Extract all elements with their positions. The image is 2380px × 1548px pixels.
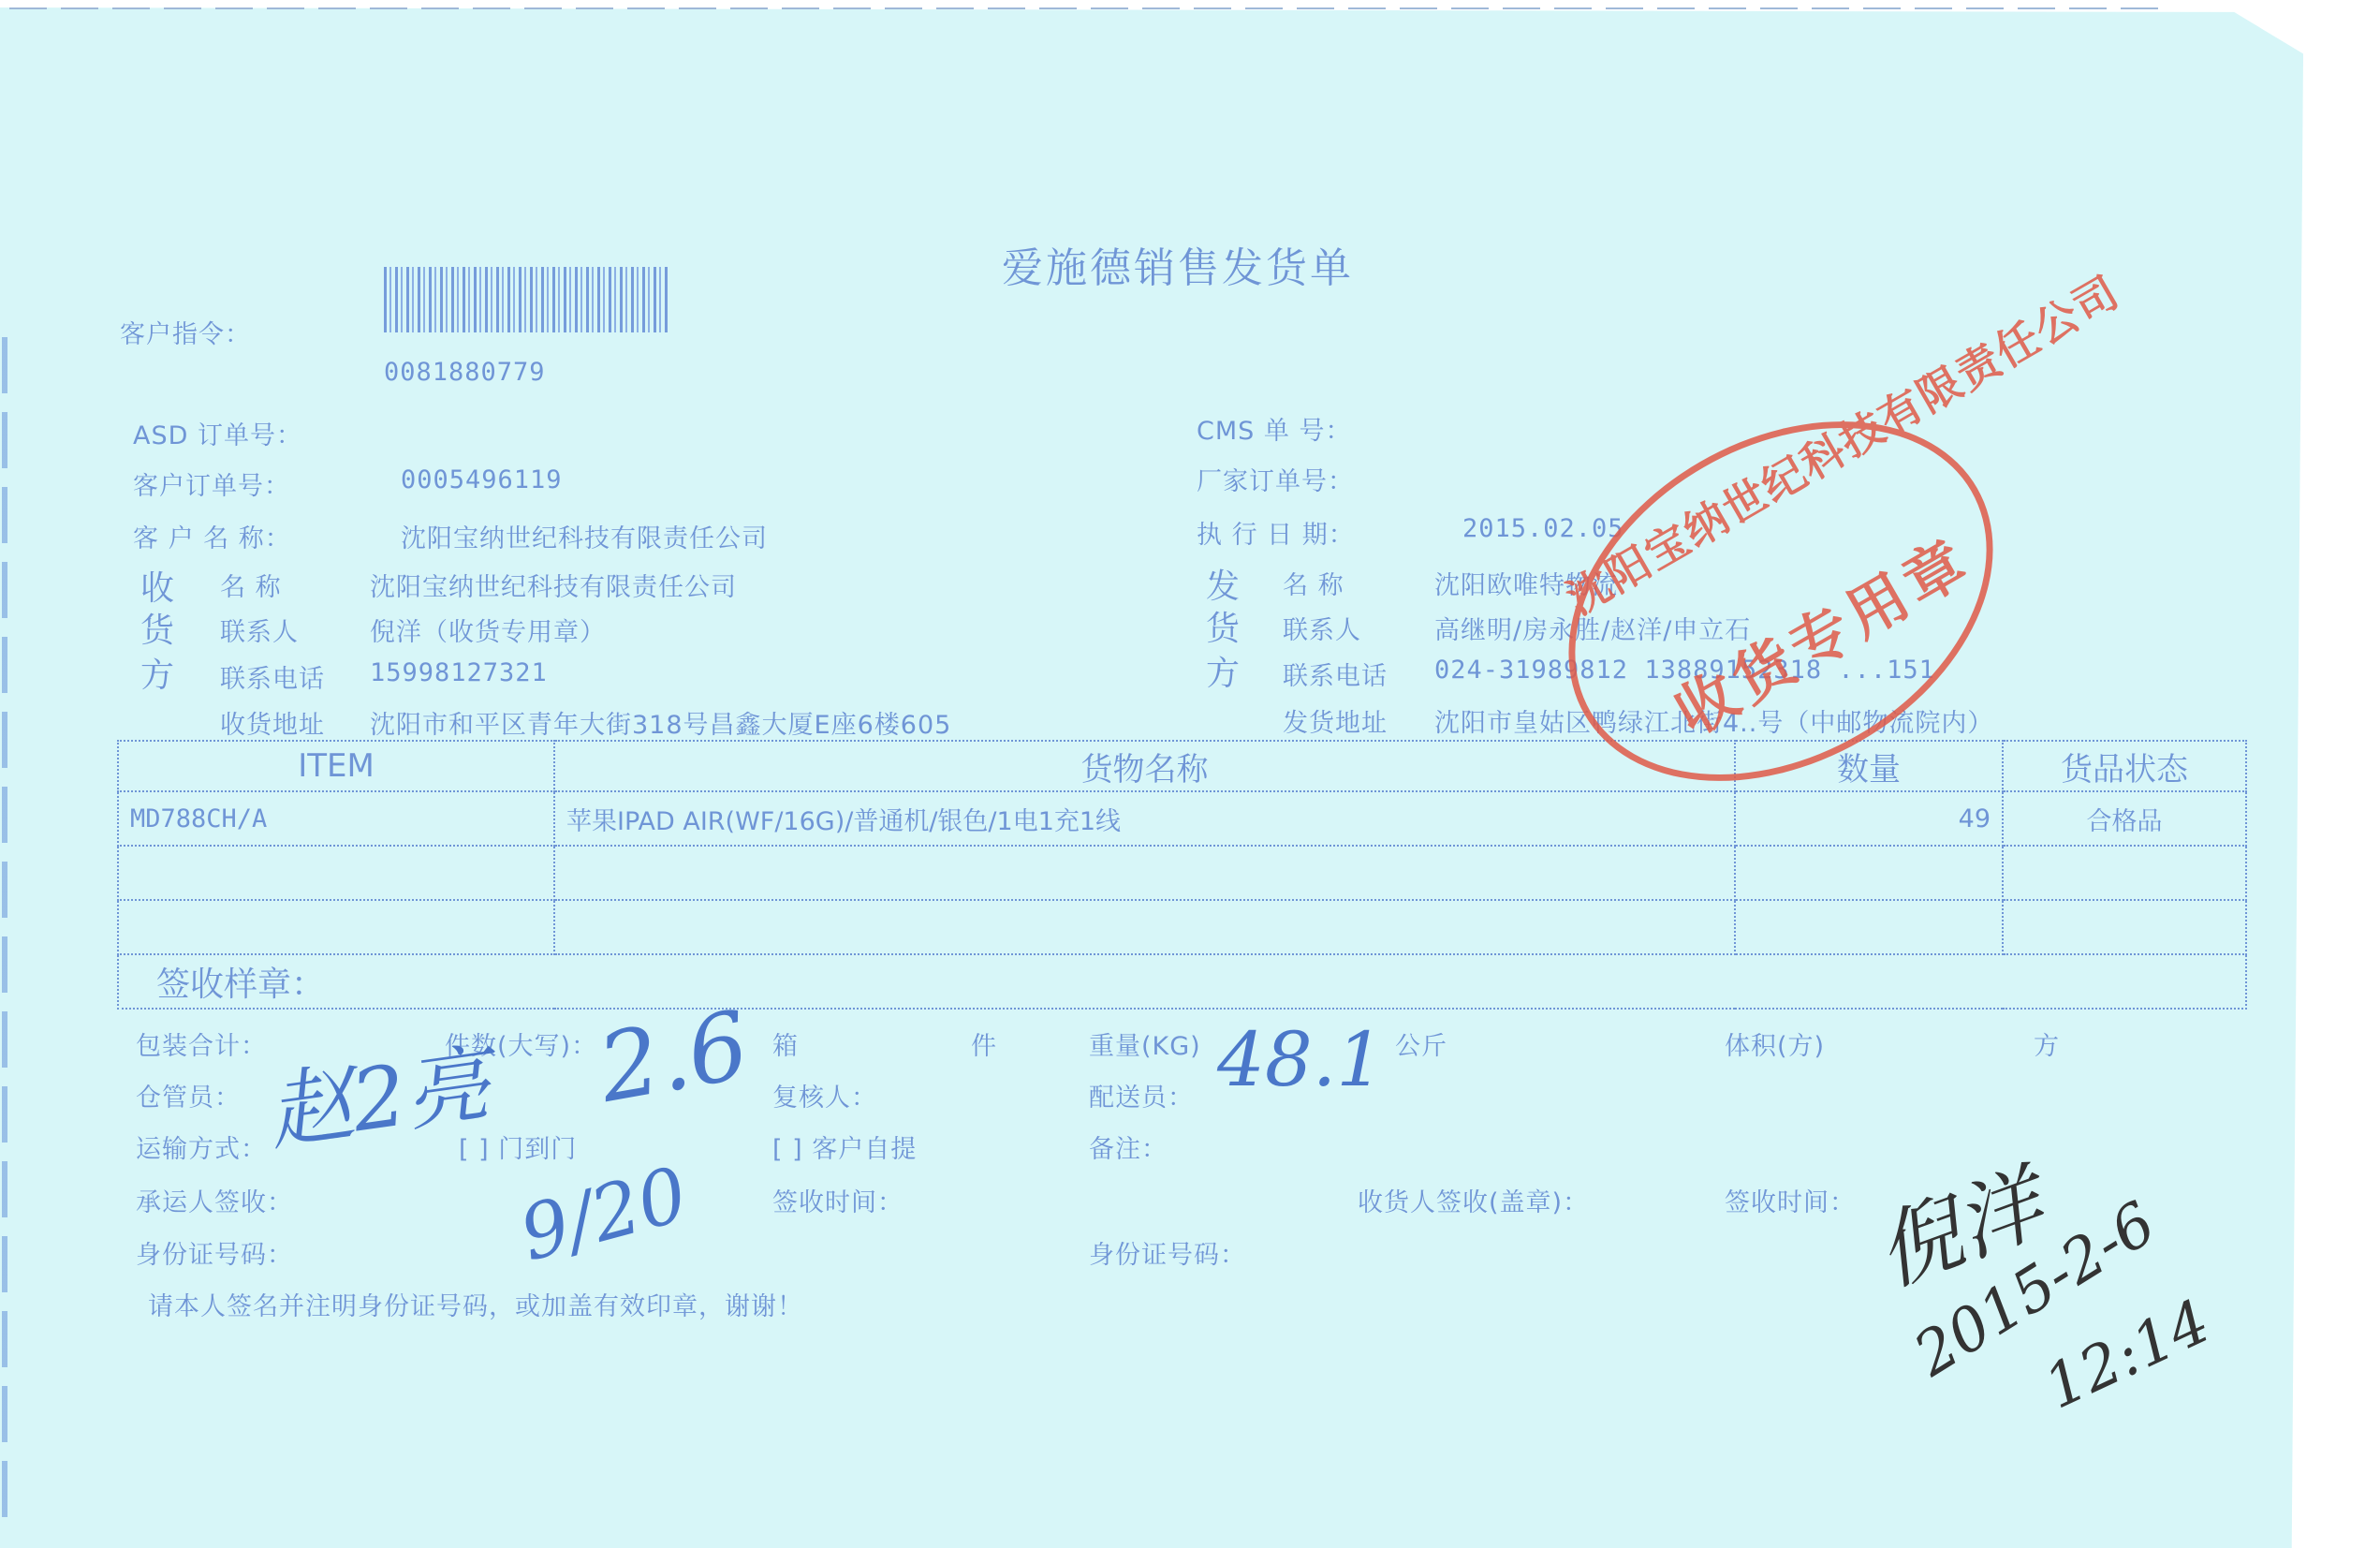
receiver-sign-label: 收货人签收(盖章)： (1358, 1182, 1589, 1218)
receiver-phone-value: 15998127321 (370, 658, 548, 687)
volume-unit: 方 (2034, 1025, 2060, 1062)
receiver-sign-time-label: 签收时间： (1725, 1182, 1856, 1218)
header-goods-name: 货物名称 (554, 741, 1735, 791)
volume-label: 体积(方) (1725, 1025, 1825, 1062)
sender-phone-label: 联系电话 (1283, 656, 1388, 692)
remark-label: 备注： (1089, 1128, 1168, 1165)
cell-goods-name (554, 900, 1735, 954)
sender-side-char-3: 方 (1206, 647, 1241, 695)
warehouse-keeper-label: 仓管员： (136, 1077, 241, 1113)
receiver-side-char-2: 货 (140, 604, 175, 652)
header-status: 货品状态 (2003, 741, 2246, 791)
cell-quantity: 49 (1735, 791, 2003, 846)
sender-side-char-2: 货 (1206, 602, 1241, 650)
carrier-sign-label: 承运人签收： (136, 1182, 293, 1218)
reviewer-label: 复核人： (772, 1077, 877, 1113)
package-total-label: 包装合计： (136, 1025, 267, 1062)
barcode (384, 267, 669, 332)
cell-item: MD788CH/A (118, 791, 554, 846)
sign-sample-label: 签收样章： (118, 954, 2246, 1009)
sign-sample-row: 签收样章： (118, 954, 2246, 1009)
customer-name-label: 客 户 名 称： (133, 518, 291, 554)
table-row (118, 846, 2246, 900)
cell-status (2003, 900, 2246, 954)
carrier-sign-time-label: 签收时间： (772, 1182, 904, 1218)
perforated-edge (2, 337, 7, 1536)
header-item: ITEM (118, 741, 554, 791)
receiver-name-label: 名 称 (220, 567, 282, 603)
id-number-label-left: 身份证号码： (136, 1234, 293, 1271)
handwritten-weight: 48.1 (1217, 1016, 1384, 1103)
exec-date-value: 2015.02.05 (1462, 514, 1624, 543)
sender-address-label: 发货地址 (1283, 702, 1388, 739)
courier-label: 配送员： (1089, 1077, 1194, 1113)
customer-instruction-value: 0081880779 (384, 358, 546, 387)
customer-order-value: 0005496119 (401, 465, 563, 494)
customer-order-label: 客户订单号： (133, 465, 290, 502)
self-pickup-checkbox: [ ] 客户自提 (772, 1128, 917, 1165)
receiver-phone-label: 联系电话 (220, 658, 325, 695)
cell-quantity (1735, 846, 2003, 900)
cell-goods-name (554, 846, 1735, 900)
cell-item (118, 846, 554, 900)
receiver-contact-value: 倪洋（收货专用章） (370, 612, 606, 648)
box-label: 箱 (772, 1025, 799, 1062)
weight-unit: 公斤 (1395, 1025, 1447, 1062)
table-row: MD788CH/A 苹果IPAD AIR(WF/16G)/普通机/银色/1电1充… (118, 791, 2246, 846)
customer-name-value: 沈阳宝纳世纪科技有限责任公司 (401, 518, 768, 554)
customer-instruction-label: 客户指令： (120, 314, 251, 350)
goods-table: ITEM 货物名称 数量 货品状态 MD788CH/A 苹果IPAD AIR(W… (117, 740, 2247, 1010)
cell-goods-name: 苹果IPAD AIR(WF/16G)/普通机/银色/1电1充1线 (554, 791, 1735, 846)
cell-item (118, 900, 554, 954)
tear-line (9, 7, 2163, 9)
table-row (118, 900, 2246, 954)
signature-notice: 请本人签名并注明身份证号码，或加盖有效印章，谢谢！ (148, 1286, 803, 1322)
table-header-row: ITEM 货物名称 数量 货品状态 (118, 741, 2246, 791)
receiver-side-char-1: 收 (140, 562, 175, 610)
sender-name-label: 名 称 (1283, 565, 1344, 601)
document-title: 爱施德销售发货单 (1002, 234, 1354, 294)
receiver-contact-label: 联系人 (220, 612, 299, 648)
cell-status (2003, 846, 2246, 900)
receiver-address-value: 沈阳市和平区青年大街318号昌鑫大厦E座6楼605 (370, 704, 951, 741)
cell-quantity (1735, 900, 2003, 954)
asd-order-label: ASD 订单号： (133, 415, 302, 451)
factory-order-label: 厂家订单号： (1197, 461, 1354, 497)
piece-label: 件 (971, 1025, 997, 1062)
receiver-side-char-3: 方 (140, 649, 175, 697)
weight-label: 重量(KG) (1089, 1025, 1201, 1062)
transport-method-label: 运输方式： (136, 1128, 267, 1165)
exec-date-label: 执 行 日 期： (1197, 514, 1355, 551)
receiver-address-label: 收货地址 (220, 704, 325, 741)
cell-status: 合格品 (2003, 791, 2246, 846)
cms-label: CMS 单 号： (1197, 410, 1351, 447)
sender-contact-label: 联系人 (1283, 610, 1361, 646)
sender-side-char-1: 发 (1206, 560, 1241, 608)
receiver-name-value: 沈阳宝纳世纪科技有限责任公司 (370, 567, 737, 603)
id-number-label-right: 身份证号码： (1089, 1234, 1246, 1271)
